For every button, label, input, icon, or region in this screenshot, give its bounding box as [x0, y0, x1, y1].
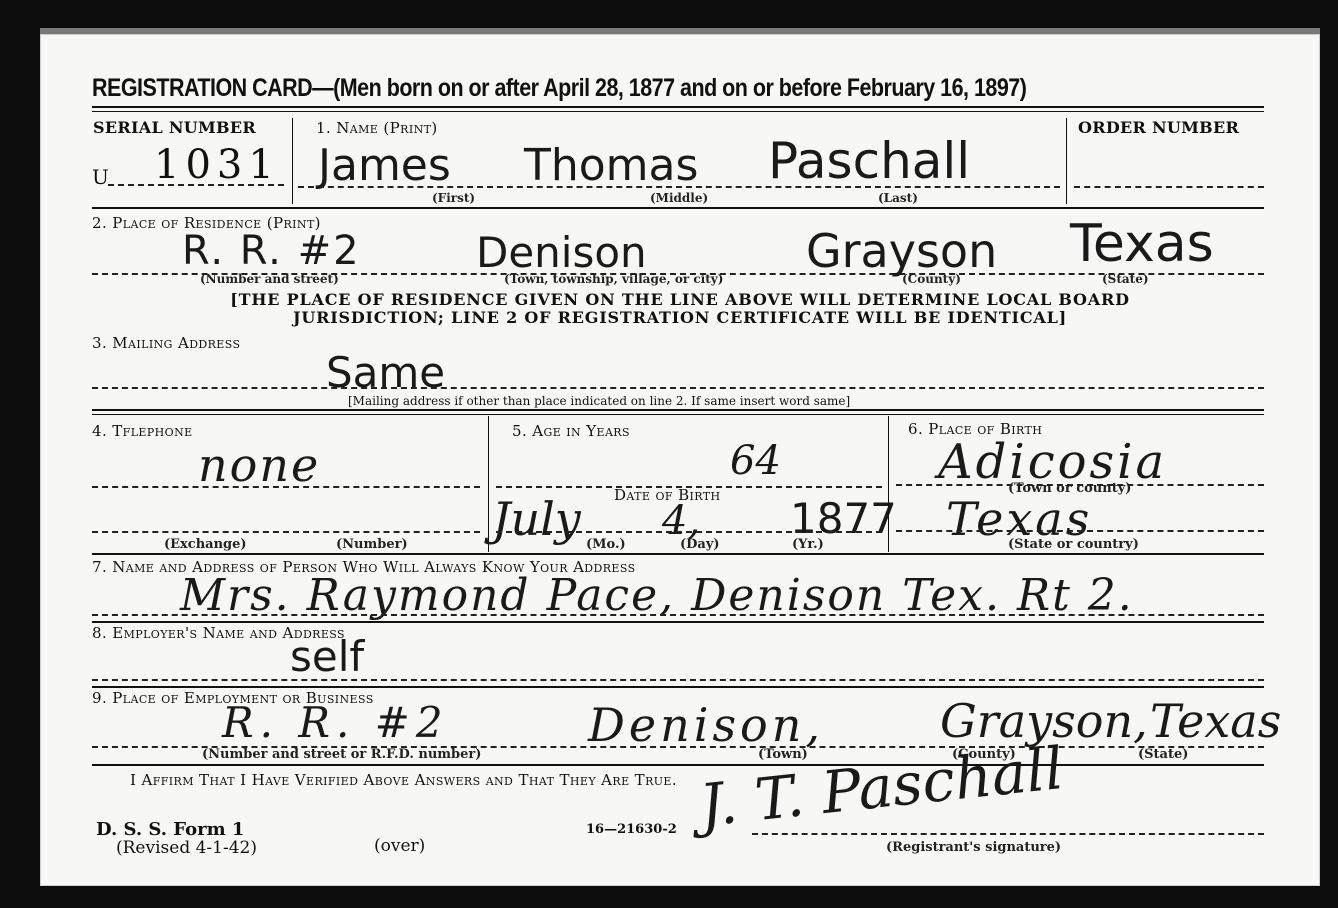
divider — [92, 207, 1264, 209]
dob-month: July — [492, 492, 581, 546]
employment-state: Texas — [1150, 694, 1281, 748]
divider — [92, 621, 1264, 623]
divider — [1066, 118, 1067, 204]
county-caption: (County) — [902, 272, 961, 286]
telephone-label: 4. Tflephone — [92, 422, 193, 440]
day-caption: (Day) — [680, 537, 720, 552]
card-title: REGISTRATION CARD—(Men born on or after … — [92, 74, 1026, 103]
order-number-line — [1074, 186, 1264, 188]
age-value: 64 — [730, 438, 781, 484]
registration-card: REGISTRATION CARD—(Men born on or after … — [40, 28, 1320, 886]
town-caption: (Town, township, village, or city) — [504, 272, 723, 286]
residence-notice-line-2: JURISDICTION; LINE 2 OF REGISTRATION CER… — [170, 308, 1190, 327]
mailing-caption: [Mailing address if other than place ind… — [348, 394, 850, 408]
divider — [92, 111, 1264, 112]
street-caption: (Number and street) — [200, 272, 339, 286]
birthplace-state-line — [896, 530, 1264, 532]
divider — [92, 686, 1264, 688]
employment-state-caption: (State) — [1138, 747, 1188, 762]
residence-town: Denison — [476, 228, 647, 277]
first-caption: (First) — [432, 191, 475, 205]
residence-street: R. R. #2 — [182, 228, 361, 274]
dob-year: 1877 — [790, 494, 897, 543]
print-code: 16—21630-2 — [586, 822, 677, 837]
divider — [92, 553, 1264, 555]
order-number-label: ORDER NUMBER — [1078, 118, 1239, 137]
over-note: (over) — [374, 836, 425, 856]
state-caption: (State) — [1102, 272, 1149, 286]
year-caption: (Yr.) — [792, 537, 824, 552]
mailing-line — [92, 387, 1264, 389]
employer-line — [92, 679, 1264, 681]
signature-caption: (Registrant's signature) — [886, 840, 1061, 855]
serial-number-label: SERIAL NUMBER — [93, 118, 256, 137]
middle-caption: (Middle) — [650, 191, 708, 205]
name-middle: Thomas — [524, 140, 698, 191]
name-label: 1. Name (Print) — [316, 119, 438, 137]
exchange-caption: (Exchange) — [164, 537, 247, 552]
divider — [92, 764, 1264, 766]
employer-value: self — [290, 632, 364, 681]
employment-street-caption: (Number and street or R.F.D. number) — [202, 747, 481, 762]
form-revised: (Revised 4-1-42) — [116, 838, 257, 858]
number-caption: (Number) — [336, 537, 408, 552]
telephone-line-1 — [92, 486, 480, 488]
divider — [92, 414, 1264, 415]
name-last: Paschall — [768, 132, 970, 190]
telephone-line-2 — [92, 531, 480, 533]
form-number: D. S. S. Form 1 — [96, 819, 244, 840]
divider — [92, 409, 1264, 411]
residence-notice-line-1: [THE PLACE OF RESIDENCE GIVEN ON THE LIN… — [170, 290, 1190, 309]
birthplace-state-caption: (State or country) — [1008, 537, 1139, 552]
serial-prefix: U — [92, 165, 109, 189]
dob-line — [496, 531, 882, 533]
employment-street: R. R. #2 — [222, 698, 449, 747]
mailing-label: 3. Mailing Address — [92, 334, 240, 352]
employment-town: Denison, — [588, 698, 824, 752]
telephone-value: none — [198, 438, 320, 492]
contact-line — [92, 614, 1264, 616]
last-caption: (Last) — [878, 191, 918, 205]
residence-state: Texas — [1070, 214, 1214, 274]
divider — [292, 118, 293, 204]
affirmation-text: I Affirm That I Have Verified Above Answ… — [130, 771, 677, 789]
age-label: 5. Age in Years — [512, 422, 630, 440]
employment-town-caption: (Town) — [758, 747, 808, 762]
divider — [888, 416, 889, 552]
month-caption: (Mo.) — [586, 537, 626, 552]
signature-line — [752, 833, 1264, 835]
mailing-value: Same — [326, 348, 445, 397]
residence-county: Grayson — [806, 224, 997, 278]
serial-number-value: 1031 — [154, 142, 280, 188]
name-first: James — [318, 140, 451, 191]
divider — [92, 106, 1264, 108]
divider — [488, 416, 489, 552]
